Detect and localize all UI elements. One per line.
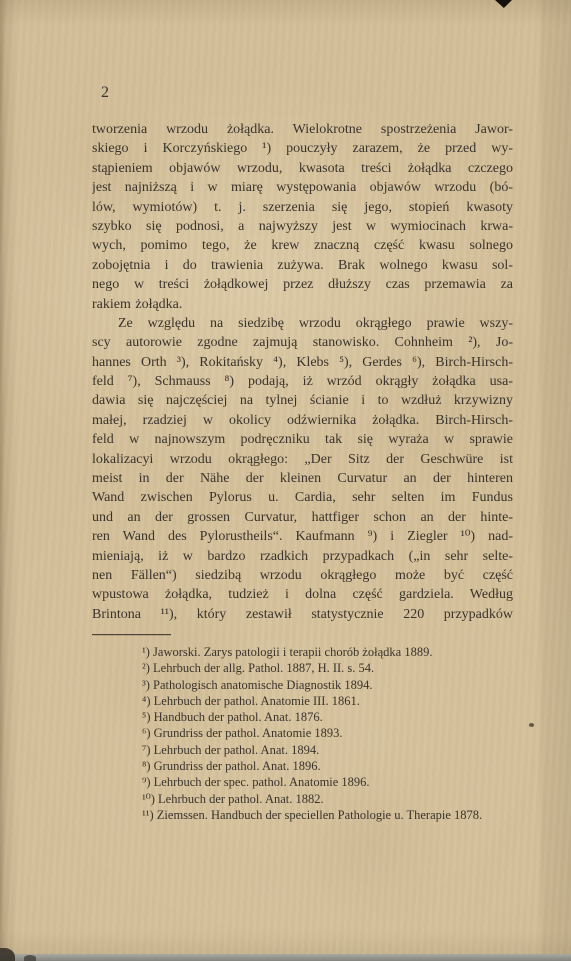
text-line: rakiem żołądka. bbox=[92, 295, 513, 314]
text-line: lów, wymiotów) t. j. szerzenia się jego,… bbox=[92, 198, 513, 217]
footnotes: ¹) Jaworski. Zarys patologii i terapii c… bbox=[142, 644, 542, 823]
scan-artifact-arrow-mark bbox=[495, 0, 512, 8]
footnote-separator bbox=[92, 634, 171, 635]
page-number: 2 bbox=[101, 84, 109, 102]
footnote-line: ⁶) Grundriss der pathol. Anatomie 1893. bbox=[142, 725, 542, 741]
footnote-line: ⁷) Lehrbuch der pathol. Anat. 1894. bbox=[142, 742, 542, 758]
footnote-line: ²) Lehrbuch der allg. Pathol. 1887, H. I… bbox=[142, 660, 542, 676]
text-line: stąpieniem objawów wrzodu, kwasota treśc… bbox=[92, 159, 513, 178]
text-line: jest najniższą i w miarę występowania ob… bbox=[92, 178, 513, 197]
text-line: skiego i Korczyńskiego ¹) pouczyły zaraz… bbox=[92, 139, 513, 158]
text-line: Wand zwischen Pylorus u. Cardia, sehr se… bbox=[92, 488, 513, 507]
text-line: tworzenia wrzodu żołądka. Wielokrotne sp… bbox=[92, 120, 513, 139]
text-line: nego w treści żołądkowej przez dłuższy c… bbox=[92, 275, 513, 294]
corner-shadow-blob bbox=[0, 948, 15, 961]
text-line: scy autorowie zgodne zajmują stanowisko.… bbox=[92, 333, 513, 352]
footnote-line: ³) Pathologisch anatomische Diagnostik 1… bbox=[142, 677, 542, 693]
footnote-line: ⁹) Lehrbuch der spec. pathol. Anatomie 1… bbox=[142, 774, 542, 790]
text-line: nen Fällen“) siedzibą wrzodu okrągłego m… bbox=[92, 566, 513, 585]
text-line: lokalizacyi wrzodu okrągłego: „Der Sitz … bbox=[92, 450, 513, 469]
scan-edge-strip bbox=[0, 954, 571, 961]
footnote-line: ¹¹) Ziemssen. Handbuch der speciellen Pa… bbox=[142, 807, 542, 823]
footnote-line: ¹) Jaworski. Zarys patologii i terapii c… bbox=[142, 644, 542, 660]
text-line: feld ⁷), Schmauss ⁸) podają, iż wrzód ok… bbox=[92, 372, 513, 391]
text-line: feld w najnowszym podręczniku tak się wy… bbox=[92, 430, 513, 449]
scan-strip-mark bbox=[24, 955, 36, 961]
text-line: mieniają, iż w bardzo rzadkich przypadka… bbox=[92, 547, 513, 566]
text-line: Ze względu na siedzibę wrzodu okrągłego … bbox=[92, 314, 513, 333]
text-line: wpustowa żołądka, tudzież i dolna część … bbox=[92, 585, 513, 604]
text-line: małej, rzadziej w okolicy odźwiernika żo… bbox=[92, 411, 513, 430]
body-paragraph: tworzenia wrzodu żołądka. Wielokrotne sp… bbox=[92, 120, 513, 314]
text-line: Brintona ¹¹), który zestawił statystyczn… bbox=[92, 605, 513, 624]
body-text: tworzenia wrzodu żołądka. Wielokrotne sp… bbox=[92, 120, 513, 624]
text-line: wych, pomimo tego, że krew znaczną część… bbox=[92, 236, 513, 255]
text-line: hannes Orth ³), Rokitańsky ⁴), Klebs ⁵),… bbox=[92, 353, 513, 372]
body-paragraph: Ze względu na siedzibę wrzodu okrągłego … bbox=[92, 314, 513, 624]
footnote-line: ¹⁰) Lehrbuch der pathol. Anat. 1882. bbox=[142, 791, 542, 807]
text-line: und an der grossen Curvatur, hattfiger s… bbox=[92, 508, 513, 527]
scanned-book-page: 2 tworzenia wrzodu żołądka. Wielokrotne … bbox=[0, 0, 571, 961]
text-line: meist in der Nähe der kleinen Curvatur a… bbox=[92, 469, 513, 488]
text-line: szybko się podnosi, a najwyższy jest w w… bbox=[92, 217, 513, 236]
footnote-line: ⁸) Grundriss der pathol. Anat. 1896. bbox=[142, 758, 542, 774]
footnote-line: ⁵) Handbuch der pathol. Anat. 1876. bbox=[142, 709, 542, 725]
text-line: ren Wand des Pylorustheils“. Kaufmann ⁹)… bbox=[92, 527, 513, 546]
text-line: dawia się najczęściej na tylnej ścianie … bbox=[92, 391, 513, 410]
footnote-line: ⁴) Lehrbuch der pathol. Anatomie III. 18… bbox=[142, 693, 542, 709]
text-line: zobojętnia i do trawienia zużywa. Brak w… bbox=[92, 256, 513, 275]
